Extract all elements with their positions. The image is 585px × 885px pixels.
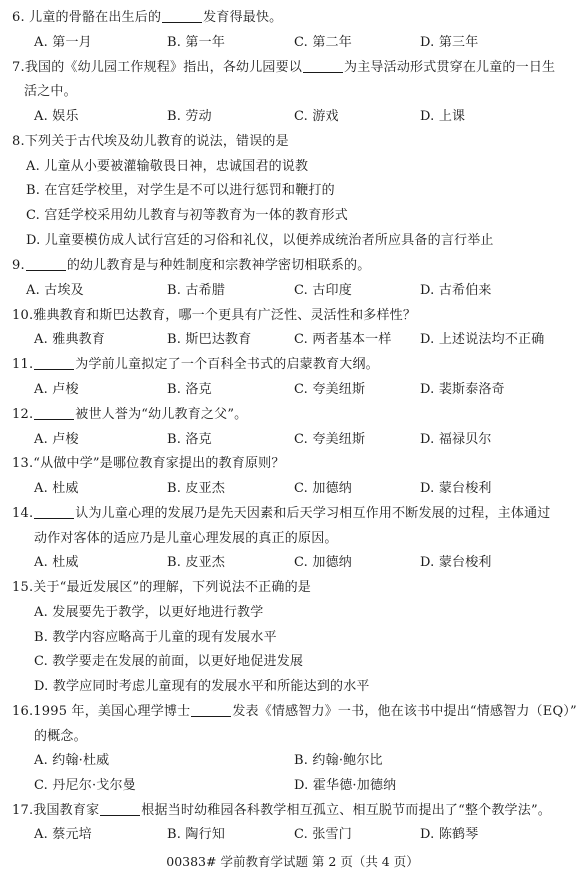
answer-blank [303, 58, 343, 73]
option-a: A. 雅典教育 [34, 330, 105, 350]
question-10-stem: 10.雅典教育和斯巴达教育，哪一个更具有广泛性、灵活性和多样性？ [12, 306, 577, 326]
option-a: A. 杜威 [34, 479, 79, 499]
question-17-options: A. 蔡元培 B. 陶行知 C. 张雪门 D. 陈鹤琴 [34, 825, 577, 845]
option-a: A. 蔡元培 [34, 825, 92, 845]
option-a: A. 杜威 [34, 553, 79, 573]
answer-blank [100, 801, 140, 816]
question-number: 8. [12, 134, 25, 149]
option-b: B. 第一年 [167, 33, 225, 53]
option-d: D. 上述说法均不正确 [420, 330, 544, 350]
question-8-option-d: D. 儿童要模仿成人试行宫廷的习俗和礼仪，以便养成统治者所应具备的言行举止 [26, 231, 577, 251]
question-16-stem-continued: 的概念。 [34, 727, 577, 747]
option-c: C. 加德纳 [294, 479, 352, 499]
question-7-options: A. 娱乐 B. 劳动 C. 游戏 D. 上课 [34, 107, 577, 127]
option-c: C. 古印度 [294, 281, 352, 301]
question-15-stem: 15.关于“最近发展区”的理解，下列说法不正确的是 [12, 578, 577, 598]
option-b: B. 劳动 [167, 107, 212, 127]
option-c: C. 第二年 [294, 33, 352, 53]
question-15-option-b: B. 教学内容应略高于儿童的现有发展水平 [34, 628, 577, 648]
question-10-options: A. 雅典教育 B. 斯巴达教育 C. 两者基本一样 D. 上述说法均不正确 [34, 330, 577, 350]
question-8-option-a: A. 儿童从小要被灌输敬畏日神，忠诚国君的说教 [26, 157, 577, 177]
question-number: 7. [12, 60, 25, 75]
question-16-options-row-1: A. 约翰·杜威 B. 约翰·鲍尔比 [34, 751, 577, 771]
option-d: D. 古希伯来 [420, 281, 492, 301]
option-b: B. 古希腊 [167, 281, 225, 301]
option-b: B. 皮亚杰 [167, 479, 225, 499]
question-16-options-row-2: C. 丹尼尔·戈尔曼 D. 霍华德·加德纳 [34, 776, 577, 796]
answer-blank [34, 355, 74, 370]
question-number: 15. [12, 580, 33, 595]
question-14-stem-continued: 动作对客体的适应乃是儿童心理发展的真正的原因。 [34, 529, 577, 549]
question-number: 13. [12, 456, 33, 471]
option-d: D. 蒙台梭利 [420, 479, 492, 499]
question-number: 16. [12, 704, 33, 719]
question-12-stem: 12.被世人誉为“幼儿教育之父”。 [12, 405, 577, 425]
question-15-option-c: C. 教学要走在发展的前面，以更好地促进发展 [34, 652, 577, 672]
option-c: C. 张雪门 [294, 825, 352, 845]
question-8-option-b: B. 在宫廷学校里，对学生是不可以进行惩罚和鞭打的 [26, 181, 577, 201]
option-a: A. 娱乐 [34, 107, 79, 127]
question-number: 17. [12, 803, 33, 818]
question-9-options: A. 古埃及 B. 古希腊 C. 古印度 D. 古希伯来 [26, 281, 577, 301]
question-number: 9. [12, 258, 25, 273]
question-14-options: A. 杜威 B. 皮亚杰 C. 加德纳 D. 蒙台梭利 [34, 553, 577, 573]
option-b: B. 洛克 [167, 380, 212, 400]
question-6-stem: 6. 儿童的骨骼在出生后的发育得最快。 [12, 8, 577, 28]
option-b: B. 皮亚杰 [167, 553, 225, 573]
question-number: 12. [12, 407, 33, 422]
answer-blank [34, 405, 74, 420]
option-d: D. 第三年 [420, 33, 478, 53]
option-d: D. 福禄贝尔 [420, 430, 492, 450]
option-d: D. 霍华德·加德纳 [294, 776, 396, 796]
question-11-stem: 11.为学前儿童拟定了一个百科全书式的启蒙教育大纲。 [12, 355, 577, 375]
option-c: C. 加德纳 [294, 553, 352, 573]
question-16-stem: 16.1995 年，美国心理学博士发表《情感智力》一书，他在该书中提出“情感智力… [12, 702, 577, 722]
question-12-options: A. 卢梭 B. 洛克 C. 夸美纽斯 D. 福禄贝尔 [34, 430, 577, 450]
question-number: 11. [12, 357, 33, 372]
question-number: 6. [12, 10, 25, 25]
question-14-stem: 14.认为儿童心理的发展乃是先天因素和后天学习相互作用不断发展的过程，主体通过 [12, 504, 577, 524]
option-a: A. 第一月 [34, 33, 92, 53]
exam-page: 6. 儿童的骨骼在出生后的发育得最快。 A. 第一月 B. 第一年 C. 第二年… [0, 0, 585, 885]
option-a: A. 卢梭 [34, 430, 79, 450]
question-9-stem: 9.的幼儿教育是与种姓制度和宗教神学密切相联系的。 [12, 256, 577, 276]
question-17-stem: 17.我国教育家根据当时幼稚园各科教学相互孤立、相互脱节而提出了“整个教学法”。 [12, 801, 577, 821]
question-8-stem: 8.下列关于古代埃及幼儿教育的说法，错误的是 [12, 132, 577, 152]
option-b: B. 洛克 [167, 430, 212, 450]
option-b: B. 斯巴达教育 [167, 330, 251, 350]
option-b: B. 陶行知 [167, 825, 225, 845]
option-d: D. 蒙台梭利 [420, 553, 492, 573]
option-a: A. 卢梭 [34, 380, 79, 400]
question-7-stem: 7.我国的《幼儿园工作规程》指出，各幼儿园要以为主导活动形式贯穿在儿童的一日生 [12, 58, 577, 78]
option-d: D. 上课 [420, 107, 465, 127]
option-c: C. 两者基本一样 [294, 330, 392, 350]
question-15-option-a: A. 发展要先于教学，以更好地进行教学 [34, 603, 577, 623]
option-a: A. 约翰·杜威 [34, 751, 109, 771]
page-footer: 00383# 学前教育学试题 第 2 页（共 4 页） [0, 853, 585, 871]
question-6-options: A. 第一月 B. 第一年 C. 第二年 D. 第三年 [34, 33, 577, 53]
option-d: D. 陈鹤琴 [420, 825, 478, 845]
question-8-option-c: C. 宫廷学校采用幼儿教育与初等教育为一体的教育形式 [26, 206, 577, 226]
option-d: D. 裴斯泰洛奇 [420, 380, 505, 400]
question-number: 10. [12, 308, 33, 323]
option-c: C. 夸美纽斯 [294, 430, 365, 450]
option-c: C. 游戏 [294, 107, 339, 127]
question-number: 14. [12, 506, 33, 521]
question-15-option-d: D. 教学应同时考虑儿童现有的发展水平和所能达到的水平 [34, 677, 577, 697]
answer-blank [162, 8, 202, 23]
option-c: C. 夸美纽斯 [294, 380, 365, 400]
option-c: C. 丹尼尔·戈尔曼 [34, 776, 136, 796]
question-11-options: A. 卢梭 B. 洛克 C. 夸美纽斯 D. 裴斯泰洛奇 [34, 380, 577, 400]
question-13-stem: 13.“从做中学”是哪位教育家提出的教育原则？ [12, 454, 577, 474]
option-a: A. 古埃及 [26, 281, 84, 301]
question-13-options: A. 杜威 B. 皮亚杰 C. 加德纳 D. 蒙台梭利 [34, 479, 577, 499]
answer-blank [191, 702, 231, 717]
answer-blank [26, 256, 66, 271]
option-b: B. 约翰·鲍尔比 [294, 751, 383, 771]
answer-blank [34, 504, 74, 519]
question-7-stem-continued: 活之中。 [24, 82, 577, 102]
